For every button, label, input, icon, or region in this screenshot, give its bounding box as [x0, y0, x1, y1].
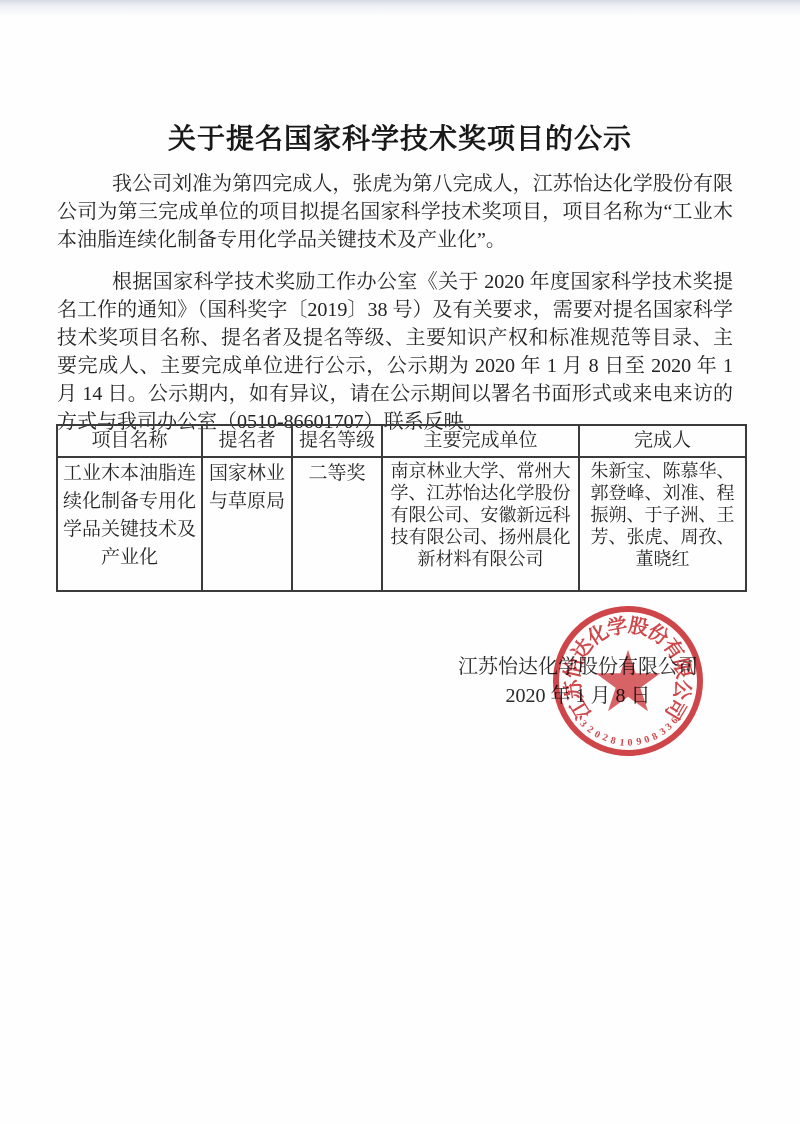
seal-serial-char: 2 [600, 732, 609, 744]
cell-main-units: 南京林业大学、常州大学、江苏怡达化学股份有限公司、安徽新远科技有限公司、扬州晨化… [382, 457, 579, 591]
table-header-row: 项目名称 提名者 提名等级 主要完成单位 完成人 [57, 425, 746, 457]
notice-paragraph: 根据国家科学技术奖励工作办公室《关于 2020 年度国家科学技术奖提名工作的通知… [57, 268, 733, 436]
announcement-page: 关于提名国家科学技术奖项目的公示 我公司刘准为第四完成人，张虎为第八完成人，江苏… [0, 0, 800, 1124]
seal-company-char: 化 [581, 616, 614, 651]
seal-serial-char: 1 [618, 737, 624, 748]
scan-edge-shading [0, 0, 800, 16]
opening-paragraph: 我公司刘准为第四完成人，张虎为第八完成人，江苏怡达化学股份有限公司为第三完成单位… [57, 170, 733, 254]
header-contributors: 完成人 [579, 425, 746, 457]
seal-serial-char: 0 [627, 737, 632, 748]
seal-serial-char: 3 [664, 721, 675, 733]
cell-project-name: 工业木本油脂连续化制备专用化学品关键技术及产业化 [57, 457, 202, 591]
header-main-units: 主要完成单位 [382, 425, 579, 457]
header-award-grade: 提名等级 [292, 425, 382, 457]
signature-date: 2020 年 1 月 8 日 [428, 682, 728, 711]
header-nominator: 提名者 [202, 425, 292, 457]
seal-serial-char: 8 [609, 735, 617, 747]
seal-serial-char: 3 [658, 726, 668, 738]
seal-serial-char: 8 [651, 731, 660, 743]
seal-serial-char: 9 [635, 736, 642, 748]
seal-serial-char: 3 [578, 718, 589, 729]
seal-serial-char: 2 [584, 724, 595, 736]
seal-serial-char: 0 [592, 729, 602, 741]
seal-serial-char: 0 [643, 734, 651, 746]
announcement-table: 项目名称 提名者 提名等级 主要完成单位 完成人 工业木本油脂连续化制备专用化学… [56, 424, 747, 592]
doc-title: 关于提名国家科学技术奖项目的公示 [0, 117, 800, 157]
table-row: 工业木本油脂连续化制备专用化学品关键技术及产业化 国家林业与草原局 二等奖 南京… [57, 457, 746, 591]
header-project-name: 项目名称 [57, 425, 202, 457]
seal-company-char: 学 [605, 609, 630, 641]
signature-company: 江苏怡达化学股份有限公司 [428, 653, 728, 682]
cell-award-grade: 二等奖 [292, 457, 382, 591]
cell-nominator: 国家林业与草原局 [202, 457, 292, 591]
cell-contributors: 朱新宝、陈慕华、郭登峰、刘准、程振朔、于子洲、王芳、张虎、周孜、董晓红 [579, 457, 746, 591]
seal-company-char: 份 [643, 616, 676, 651]
signature-block: 江苏怡达化学股份有限公司 2020 年 1 月 8 日 [428, 653, 728, 711]
seal-serial-char: 6 [670, 715, 682, 726]
seal-company-char: 股 [626, 609, 651, 641]
